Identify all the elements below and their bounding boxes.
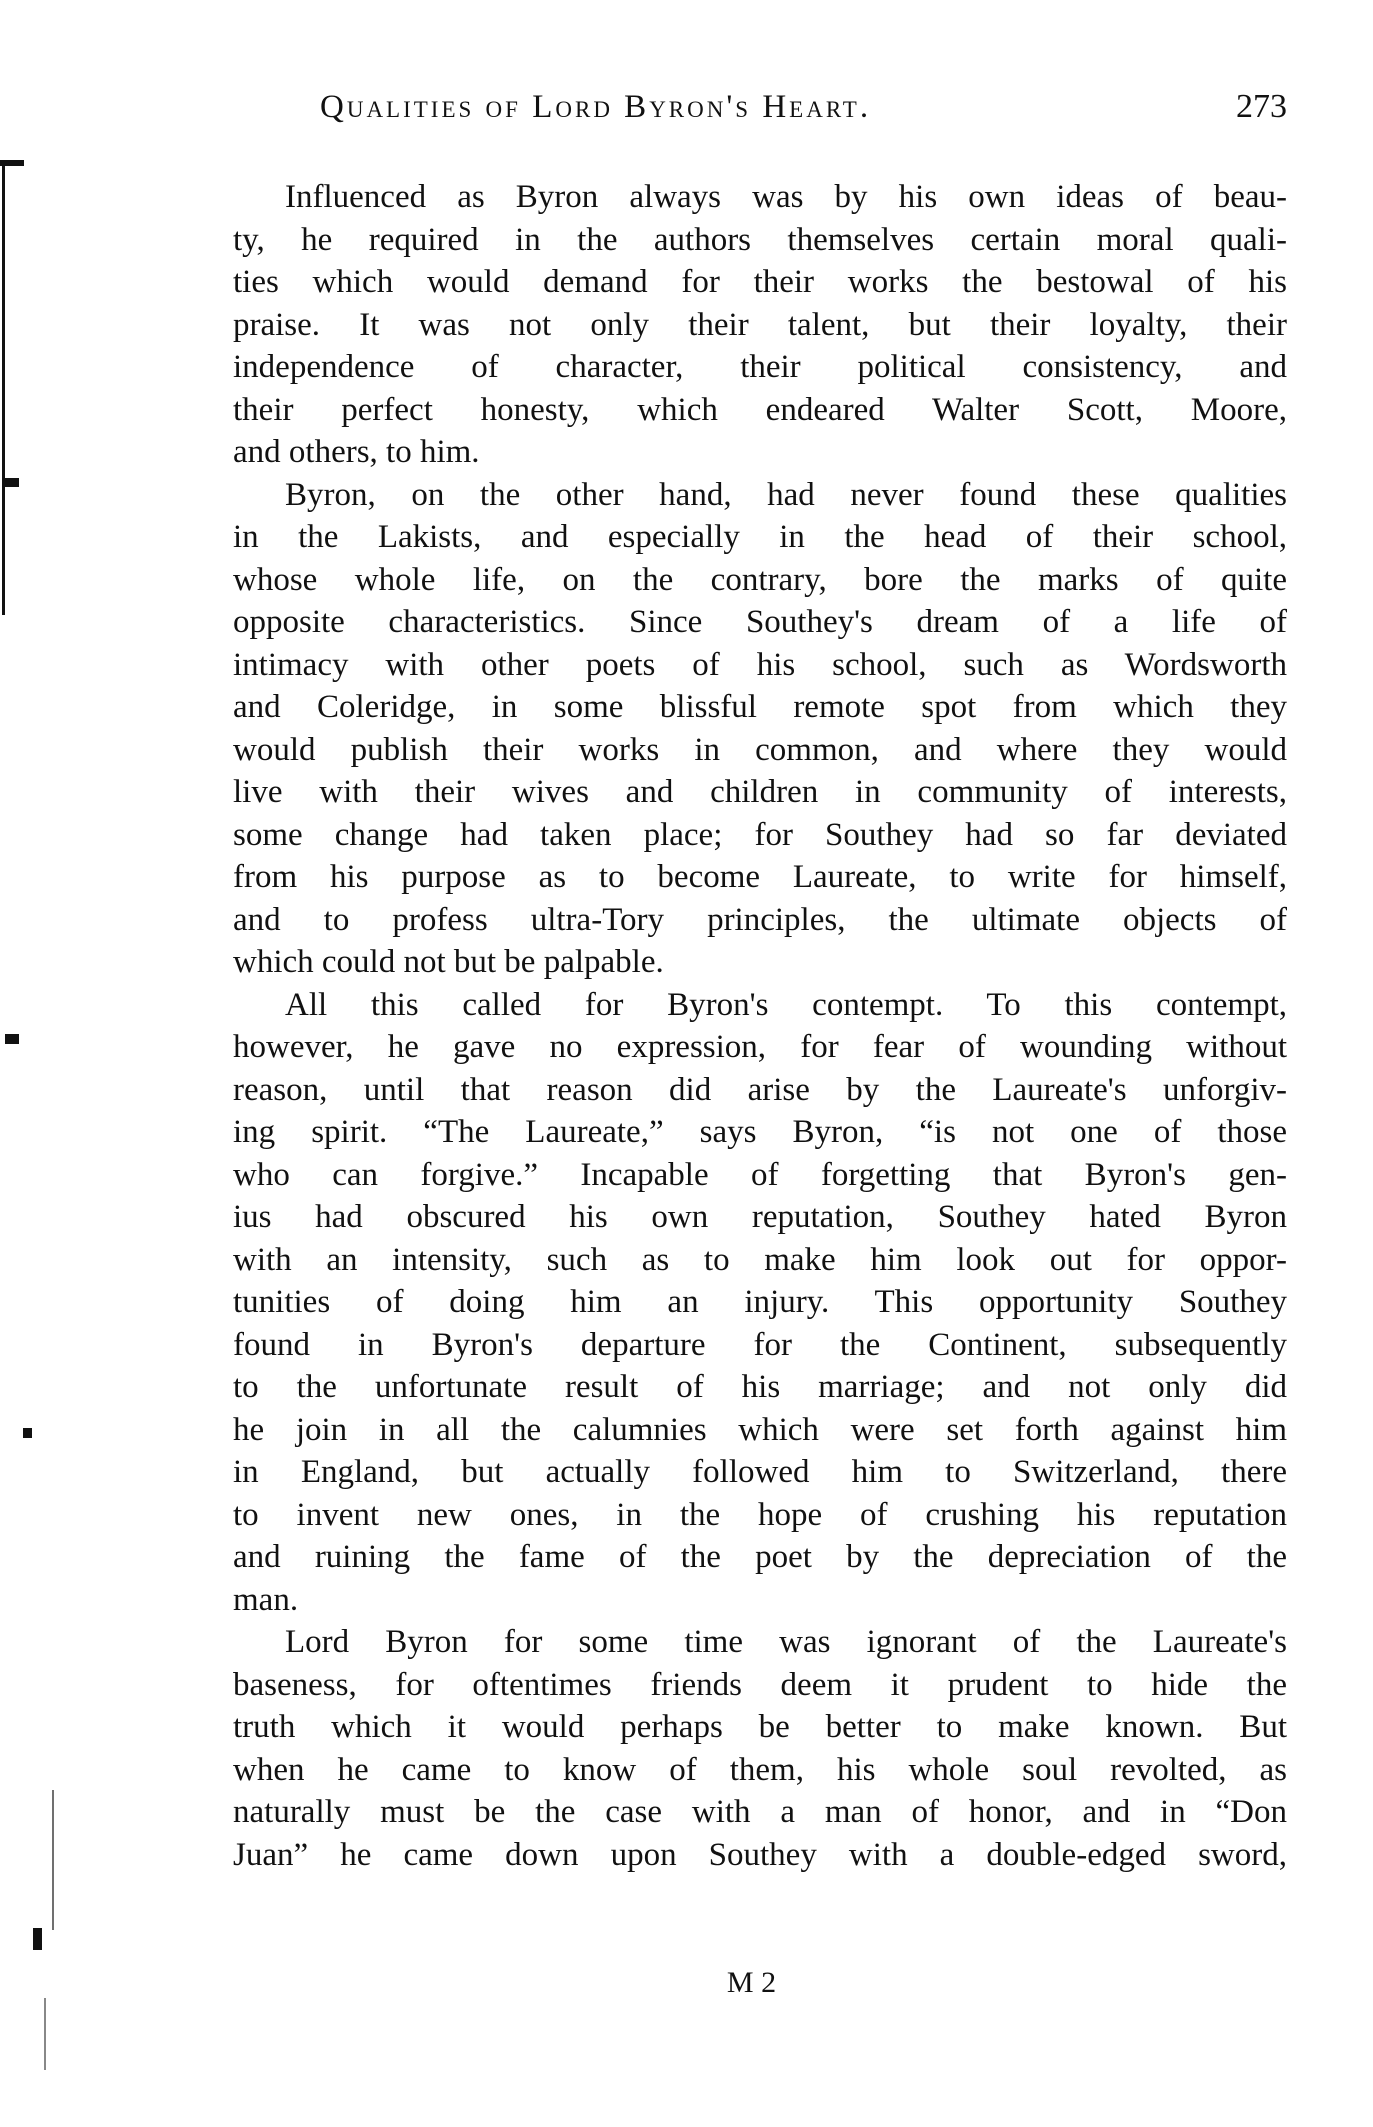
text-line: Juan” he came down upon Southey with a d…: [233, 1834, 1287, 1877]
text-line: who can forgive.” Incapable of forgettin…: [233, 1154, 1287, 1197]
book-page: Qualities of Lord Byron's Heart. 273 Inf…: [0, 0, 1373, 2127]
text-line: and others, to him.: [233, 431, 1287, 474]
text-line: their perfect honesty, which endeared Wa…: [233, 389, 1287, 432]
text-line: Byron, on the other hand, had never foun…: [233, 474, 1287, 517]
text-line: however, he gave no expression, for fear…: [233, 1026, 1287, 1069]
running-title: Qualities of Lord Byron's Heart.: [320, 84, 871, 130]
text-line: independence of character, their politic…: [233, 346, 1287, 389]
paragraph: Byron, on the other hand, had never foun…: [233, 474, 1287, 984]
paragraph: Lord Byron for some time was ignorant of…: [233, 1621, 1287, 1876]
text-line: when he came to know of them, his whole …: [233, 1749, 1287, 1792]
text-line: with an intensity, such as to make him l…: [233, 1239, 1287, 1282]
text-line: ty, he required in the authors themselve…: [233, 219, 1287, 262]
text-line: would publish their works in common, and…: [233, 729, 1287, 772]
scan-artifact-edge-line: [52, 1790, 54, 1930]
text-line: in England, but actually followed him to…: [233, 1451, 1287, 1494]
scan-artifact-mark: [0, 160, 24, 166]
page-number: 273: [1236, 84, 1287, 130]
text-line: reason, until that reason did arise by t…: [233, 1069, 1287, 1112]
scan-artifact-edge-line: [2, 165, 5, 615]
text-line: which could not but be palpable.: [233, 941, 1287, 984]
text-line: Influenced as Byron always was by his ow…: [233, 176, 1287, 219]
scan-artifact-blob: [3, 478, 19, 487]
text-line: tunities of doing him an injury. This op…: [233, 1281, 1287, 1324]
signature-mark: M 2: [0, 1966, 1373, 2000]
text-line: ties which would demand for their works …: [233, 261, 1287, 304]
text-line: intimacy with other poets of his school,…: [233, 644, 1287, 687]
text-line: in the Lakists, and especially in the he…: [233, 516, 1287, 559]
text-line: live with their wives and children in co…: [233, 771, 1287, 814]
text-line: some change had taken place; for Southey…: [233, 814, 1287, 857]
scan-artifact-blob: [5, 1034, 19, 1044]
text-line: Lord Byron for some time was ignorant of…: [233, 1621, 1287, 1664]
scan-artifact-blob: [33, 1928, 42, 1950]
text-line: to the unfortunate result of his marriag…: [233, 1366, 1287, 1409]
scan-artifact-blob: [23, 1428, 32, 1438]
text-line: and to profess ultra-Tory principles, th…: [233, 899, 1287, 942]
text-line: ing spirit. “The Laureate,” says Byron, …: [233, 1111, 1287, 1154]
text-line: he join in all the calumnies which were …: [233, 1409, 1287, 1452]
text-line: baseness, for oftentimes friends deem it…: [233, 1664, 1287, 1707]
paragraph: All this called for Byron's contempt. To…: [233, 984, 1287, 1622]
text-line: ius had obscured his own reputation, Sou…: [233, 1196, 1287, 1239]
scan-artifact-edge-line: [44, 1998, 46, 2070]
text-line: and Coleridge, in some blissful remote s…: [233, 686, 1287, 729]
running-head: Qualities of Lord Byron's Heart. 273: [233, 84, 1287, 130]
body-text: Influenced as Byron always was by his ow…: [233, 176, 1287, 1876]
text-line: whose whole life, on the contrary, bore …: [233, 559, 1287, 602]
text-line: truth which it would perhaps be better t…: [233, 1706, 1287, 1749]
text-line: opposite characteristics. Since Southey'…: [233, 601, 1287, 644]
text-line: praise. It was not only their talent, bu…: [233, 304, 1287, 347]
text-line: naturally must be the case with a man of…: [233, 1791, 1287, 1834]
text-line: found in Byron's departure for the Conti…: [233, 1324, 1287, 1367]
text-line: to invent new ones, in the hope of crush…: [233, 1494, 1287, 1537]
paragraph: Influenced as Byron always was by his ow…: [233, 176, 1287, 474]
text-line: man.: [233, 1579, 1287, 1622]
text-line: and ruining the fame of the poet by the …: [233, 1536, 1287, 1579]
text-line: All this called for Byron's contempt. To…: [233, 984, 1287, 1027]
text-line: from his purpose as to become Laureate, …: [233, 856, 1287, 899]
